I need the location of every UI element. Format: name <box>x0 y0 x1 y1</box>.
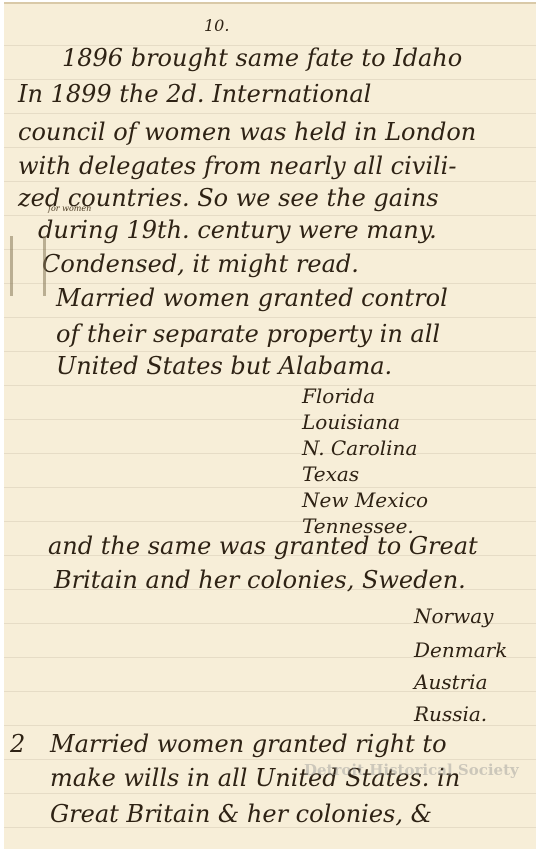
text-line: 1896 brought same fate to Idaho <box>62 44 462 72</box>
paragraph-mark-icon <box>10 236 46 296</box>
state-item: Texas <box>302 462 359 486</box>
state-item: Louisiana <box>302 410 400 434</box>
text-line: Great Britain & her colonies, & <box>50 800 432 828</box>
state-item: Florida <box>302 384 375 408</box>
text-line: with delegates from nearly all civili- <box>18 152 456 180</box>
page-number: 10. <box>204 16 229 35</box>
item-number: 2 <box>10 730 25 758</box>
text-line: In 1899 the 2d. International <box>18 80 371 108</box>
text-line: United States but Alabama. <box>56 352 392 380</box>
state-item: New Mexico <box>302 488 428 512</box>
country-item: Norway <box>414 604 493 628</box>
text-line: during 19th. century were many. <box>38 216 437 244</box>
text-line: and the same was granted to Great <box>48 532 478 560</box>
state-item: N. Carolina <box>302 436 417 460</box>
watermark: Detroit Historical Society <box>304 761 519 779</box>
country-item: Denmark <box>414 638 507 662</box>
manuscript-page: 10. 1896 brought same fate to Idaho In 1… <box>4 2 536 849</box>
text-line: Condensed, it might read. <box>42 250 359 278</box>
text-line: council of women was held in London <box>18 118 476 146</box>
text-line: Britain and her colonies, Sweden. <box>54 566 466 594</box>
text-line: Married women granted control <box>56 284 448 312</box>
country-item: Austria <box>414 670 488 694</box>
text-line: Married women granted right to <box>50 730 447 758</box>
text-line: of their separate property in all <box>56 320 440 348</box>
insertion-note: for women <box>48 204 91 213</box>
country-item: Russia. <box>414 702 487 726</box>
